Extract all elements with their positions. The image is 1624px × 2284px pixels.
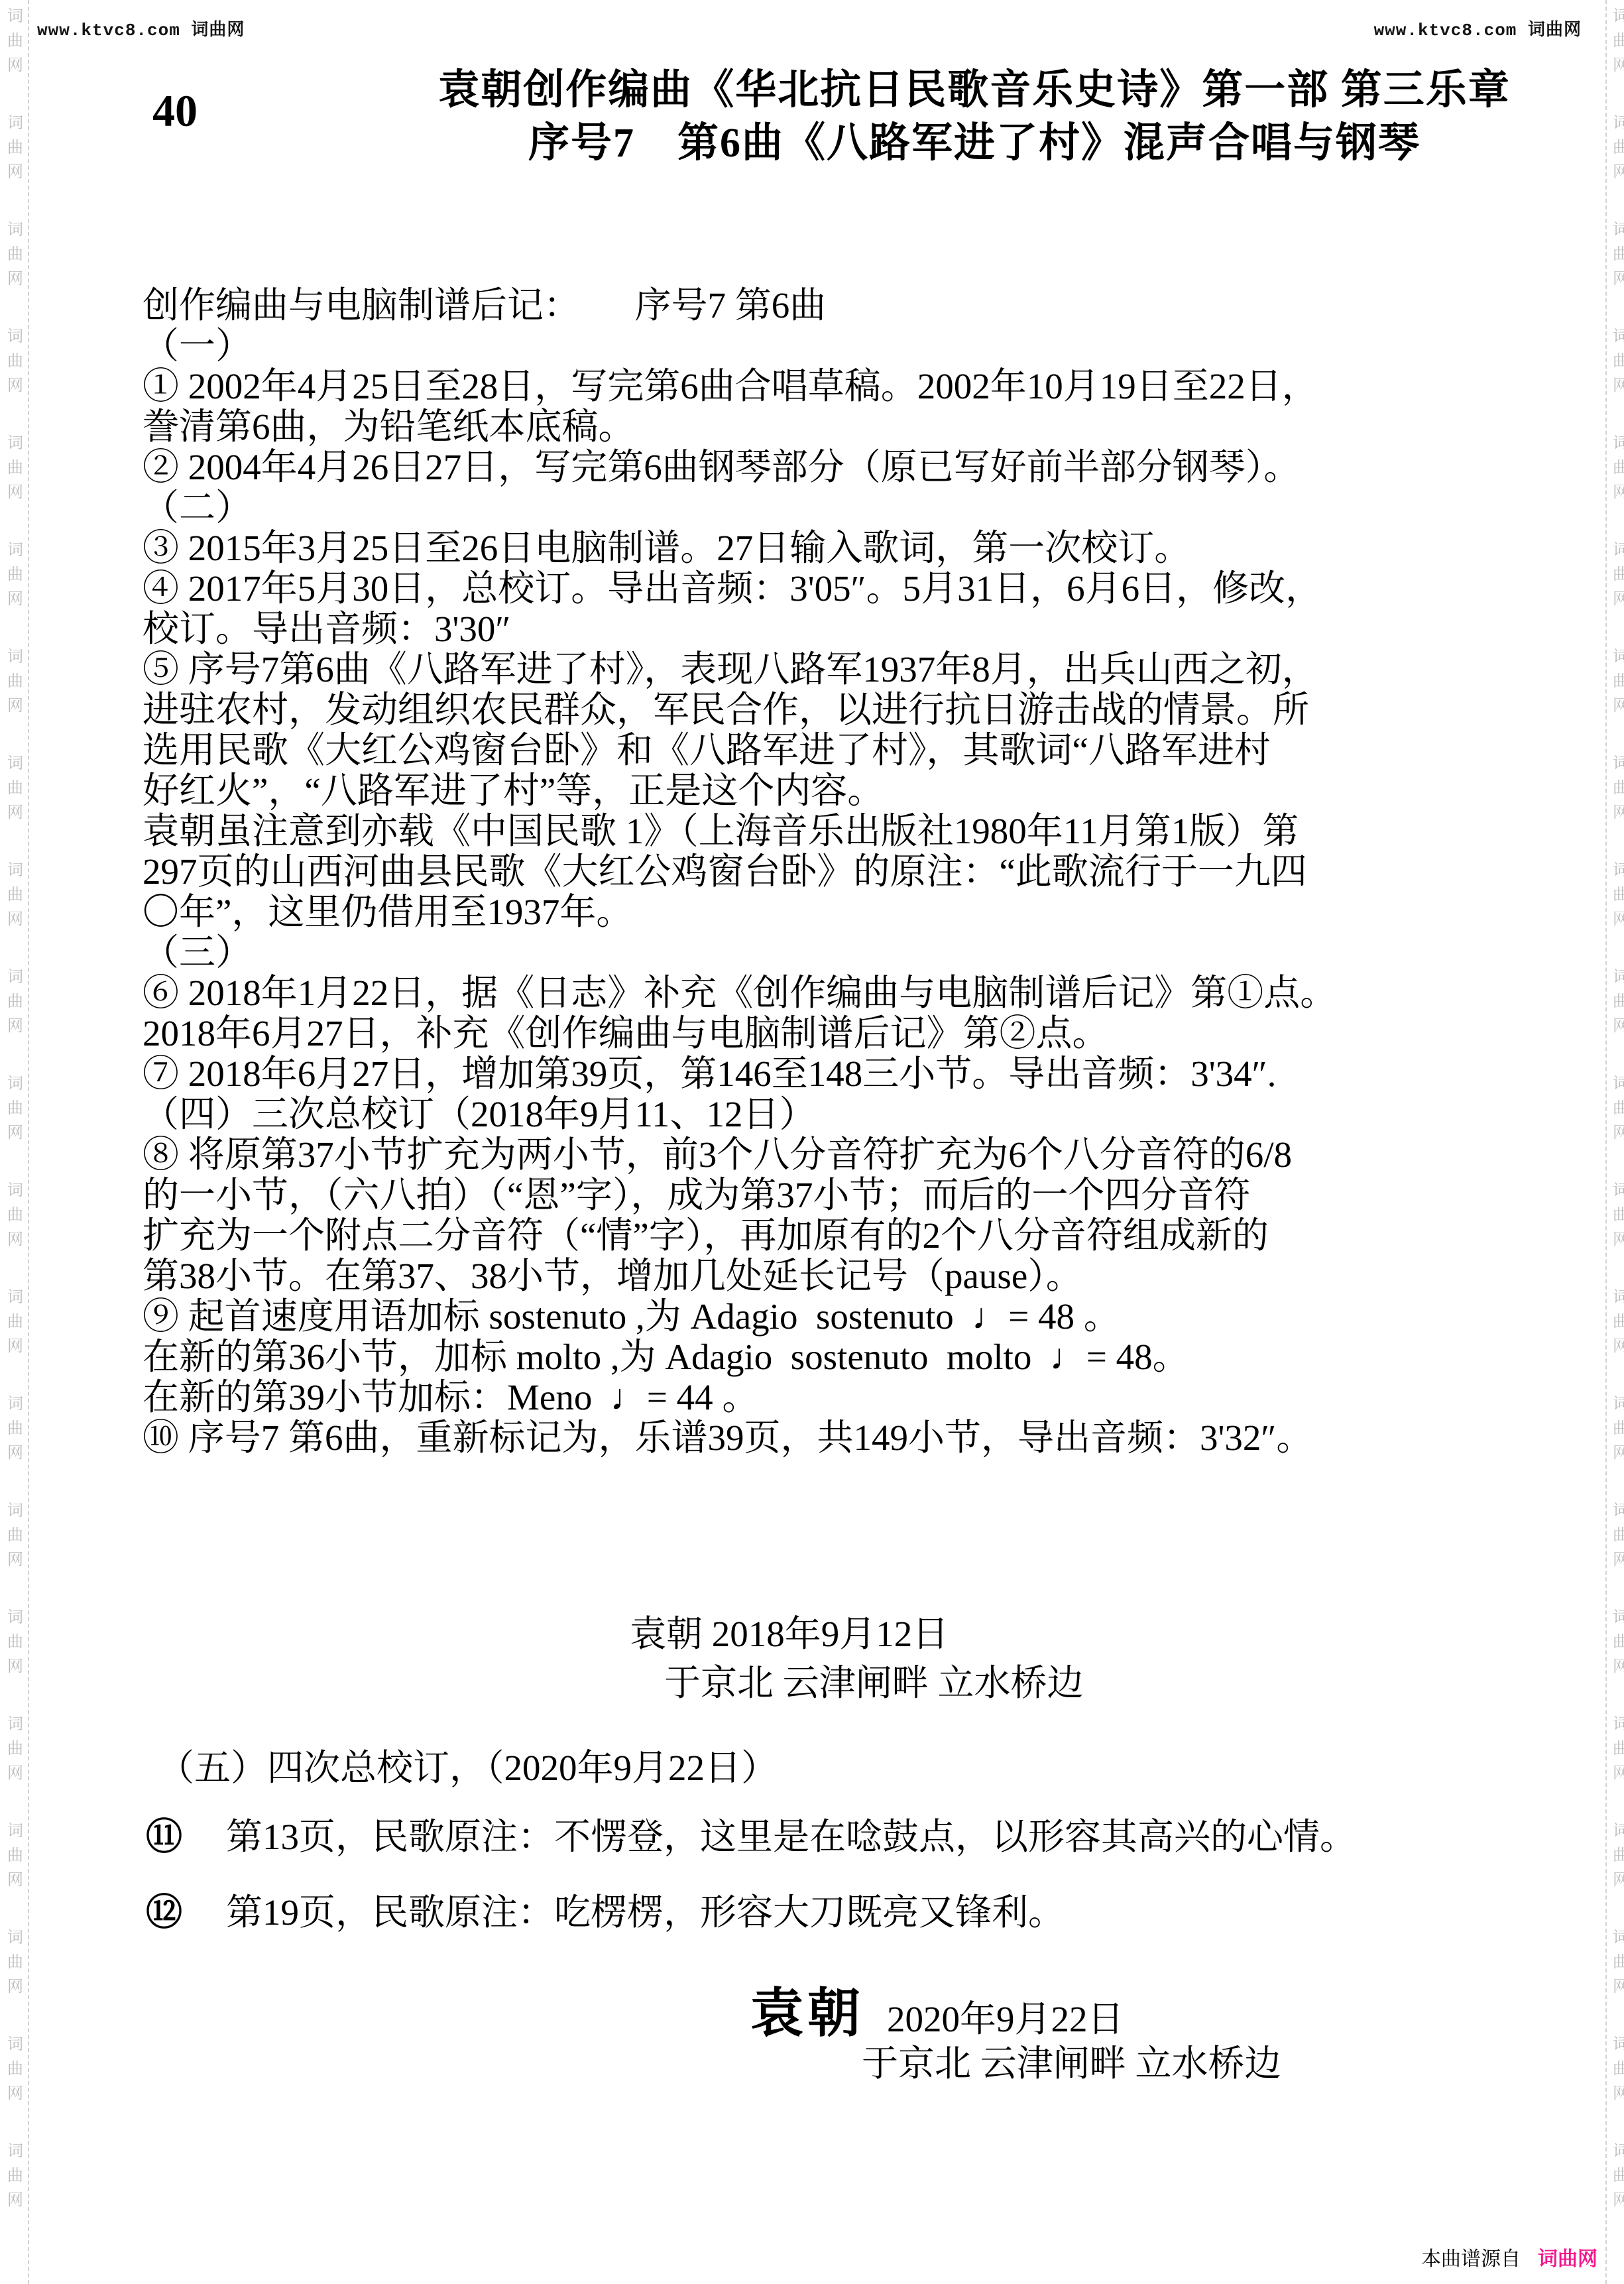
title-line-1: 袁朝创作编曲《华北抗日民歌音乐史诗》第一部 第三乐章 <box>358 64 1591 117</box>
right-watermark-column: 词曲网词曲网词曲网词曲网词曲网词曲网词曲网词曲网词曲网词曲网词曲网词曲网词曲网词… <box>1611 4 1624 2246</box>
footer-prefix: 本曲谱源自 <box>1421 2242 1521 2271</box>
body-line: （一） <box>143 326 1568 366</box>
body-line: ⑥ 2018年1月22日，据《日志》补充《创作编曲与电脑制谱后记》第①点。 <box>143 973 1568 1013</box>
body-line: 选用民歌《大红公鸡窗台卧》和《八路军进了村》，其歌词“八路军进村 <box>143 730 1568 770</box>
top-left-watermark: www.ktvc8.com 词曲网 <box>37 16 245 40</box>
note-11: ⑪ 第13页，民歌原注：不愣登，这里是在唸鼓点，以形容其高兴的心情。 <box>146 1807 1356 1860</box>
body-line: （四）三次总校订（2018年9月11、12日） <box>143 1094 1568 1134</box>
body-line: 进驻农村，发动组织农民群众，军民合作，以进行抗日游击战的情景。所 <box>143 690 1568 730</box>
note-12: ⑫ 第19页，民歌原注：吃楞楞，形容大刀既亮又锋利。 <box>146 1883 1065 1935</box>
body-line: 在新的第39小节加标：Meno ♩= 44 。 <box>143 1377 1568 1417</box>
body-line: ⑦ 2018年6月27日，增加第39页，第146至148三小节。导出音频：3'3… <box>143 1053 1568 1094</box>
footer-brand-link[interactable]: 词曲网 <box>1538 2242 1597 2271</box>
body-line: ① 2002年4月25日至28日，写完第6曲合唱草稿。2002年10月19日至2… <box>143 366 1568 406</box>
body-line: 2018年6月27日，补充《创作编曲与电脑制谱后记》第②点。 <box>143 1013 1568 1053</box>
note-12-number: ⑫ <box>146 1883 182 1935</box>
body-line: 的一小节，（六八拍）（“恩”字），成为第37小节；而后的一个四分音符 <box>143 1175 1568 1215</box>
left-watermark-column: 词曲网词曲网词曲网词曲网词曲网词曲网词曲网词曲网词曲网词曲网词曲网词曲网词曲网词… <box>5 4 25 2246</box>
signature-2018-location: 于京北 云津闸畔 立水桥边 <box>630 1659 1084 1708</box>
body-line: 创作编曲与电脑制谱后记： 序号7 第6曲 <box>143 285 1568 326</box>
body-line: 校订。导出音频：3'30″ <box>143 609 1568 649</box>
title-line-2: 序号7 第6曲《八路军进了村》混声合唱与钢琴 <box>358 117 1591 170</box>
body-line: 297页的山西河曲县民歌《大红公鸡窗台卧》的原注：“此歌流行于一九四 <box>143 851 1568 892</box>
body-line: （三） <box>143 932 1568 973</box>
section-five-heading: （五）四次总校订，（2020年9月22日） <box>158 1738 778 1791</box>
body-line: ⑩ 序号7 第6曲，重新标记为，乐谱39页，共149小节，导出音频：3'32″。 <box>143 1417 1568 1458</box>
body-line: 〇年”，这里仍借用至1937年。 <box>143 892 1568 932</box>
postscript-body: 创作编曲与电脑制谱后记： 序号7 第6曲（一）① 2002年4月25日至28日，… <box>143 285 1568 1458</box>
body-line: 在新的第36小节，加标 molto ,为 Adagio sostenuto mo… <box>143 1337 1568 1377</box>
top-right-watermark: www.ktvc8.com 词曲网 <box>1374 16 1582 40</box>
body-line: 袁朝虽注意到亦载《中国民歌 1》（上海音乐出版社1980年11月第1版）第 <box>143 811 1568 851</box>
body-line: ③ 2015年3月25日至26日电脑制谱。27日输入歌词，第一次校订。 <box>143 528 1568 568</box>
page-title: 袁朝创作编曲《华北抗日民歌音乐史诗》第一部 第三乐章 序号7 第6曲《八路军进了… <box>358 64 1591 170</box>
body-line: （二） <box>143 487 1568 528</box>
body-line: 好红火”，“八路军进了村”等，正是这个内容。 <box>143 770 1568 811</box>
right-dashed-rule <box>1605 0 1607 2284</box>
left-dashed-rule <box>28 0 29 2284</box>
body-line: 扩充为一个附点二分音符（“情”字），再加原有的2个八分音符组成新的 <box>143 1215 1568 1256</box>
body-line: ⑤ 序号7第6曲《八路军进了村》，表现八路军1937年8月，出兵山西之初， <box>143 649 1568 690</box>
body-line: 第38小节。在第37、38小节，增加几处延长记号（pause）。 <box>143 1256 1568 1296</box>
body-line: ④ 2017年5月30日，总校订。导出音频：3'05″。5月31日，6月6日，修… <box>143 568 1568 609</box>
note-11-number: ⑪ <box>146 1807 182 1860</box>
signature-2018-name-date: 袁朝 2018年9月12日 <box>630 1610 1084 1659</box>
footer-source-credit: 本曲谱源自 词曲网 <box>1421 2242 1597 2271</box>
note-11-text: 第13页，民歌原注：不愣登，这里是在唸鼓点，以形容其高兴的心情。 <box>226 1807 1356 1860</box>
body-line: ⑨ 起首速度用语加标 sostenuto ,为 Adagio sostenuto… <box>143 1296 1568 1337</box>
note-12-text: 第19页，民歌原注：吃楞楞，形容大刀既亮又锋利。 <box>226 1883 1065 1935</box>
body-line: 誊清第6曲，为铅笔纸本底稿。 <box>143 406 1568 447</box>
body-line: ⑧ 将原第37小节扩充为两小节，前3个八分音符扩充为6个八分音符的6/8 <box>143 1134 1568 1175</box>
signature-2020-location: 于京北 云津闸畔 立水桥边 <box>862 2034 1281 2086</box>
signature-2018: 袁朝 2018年9月12日 于京北 云津闸畔 立水桥边 <box>630 1610 1084 1708</box>
signature-2020-name: 袁朝 <box>750 1970 864 2047</box>
body-line: ② 2004年4月26日27日，写完第6曲钢琴部分（原已写好前半部分钢琴）。 <box>143 447 1568 487</box>
score-postscript-page: 词曲网词曲网词曲网词曲网词曲网词曲网词曲网词曲网词曲网词曲网词曲网词曲网词曲网词… <box>0 0 1624 2284</box>
page-number: 40 <box>152 85 198 137</box>
